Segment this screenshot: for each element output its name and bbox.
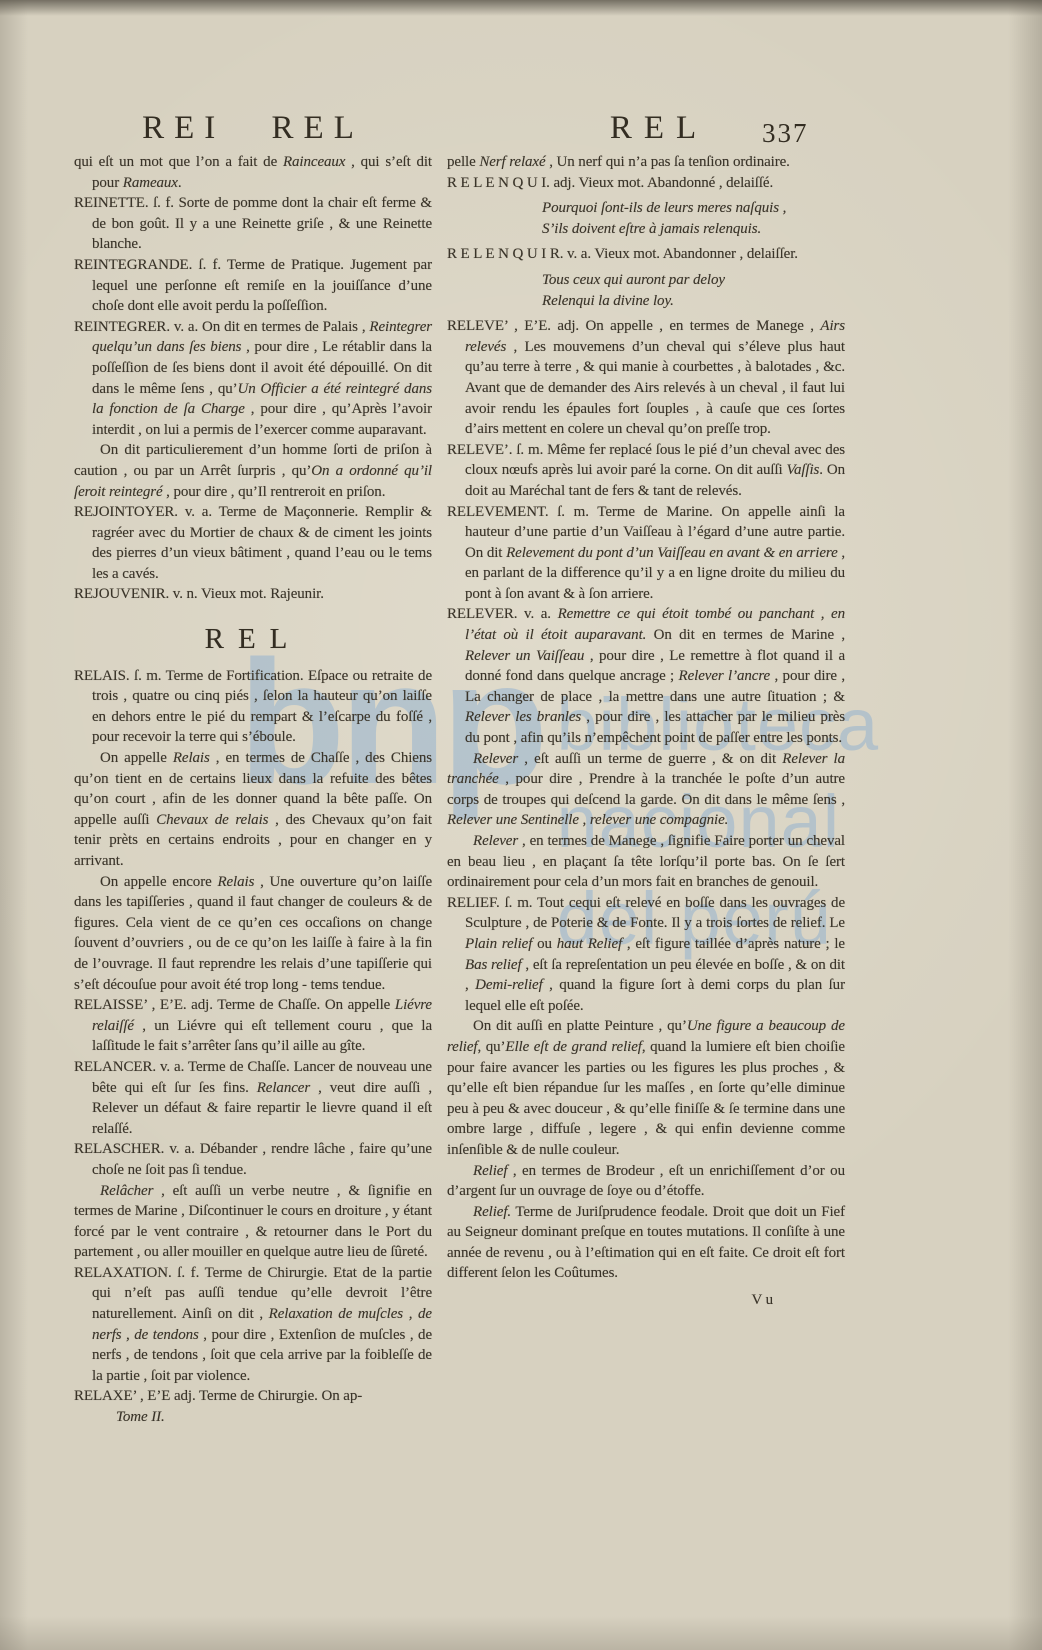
dictionary-entry: RELEVER. v. a. Remettre ce qui étoit tom… xyxy=(447,604,845,748)
right-column: pelle Nerf relaxé , Un nerf qui n’a pas … xyxy=(447,152,845,1311)
dictionary-entry: RELAXE’ , E’E adj. Terme de Chirurgie. O… xyxy=(74,1386,432,1407)
paragraph: Relief , en termes de Brodeur , eſt un e… xyxy=(447,1161,845,1202)
dictionary-entry: REINTEGRANDE. ſ. f. Terme de Pratique. J… xyxy=(74,255,432,317)
dictionary-entry: REINTEGRER. v. a. On dit en termes de Pa… xyxy=(74,317,432,441)
page-number: 337 xyxy=(762,118,809,149)
tome-label: Tome II. xyxy=(116,1407,432,1428)
paragraph: Relever , eſt auſſi un terme de guerre ,… xyxy=(447,749,845,831)
section-heading: REL xyxy=(74,629,432,650)
paragraph: On dit auſſi en platte Peinture , qu’Une… xyxy=(447,1016,845,1160)
paragraph: Relief. Terme de Juriſprudence feodale. … xyxy=(447,1202,845,1284)
running-head: REI REL REL 337 xyxy=(0,110,1042,156)
scanned-dictionary-page: bnp biblioteca nacional del perú REI REL… xyxy=(0,0,1042,1650)
dictionary-entry: RELEVE’ , E’E. adj. On appelle , en term… xyxy=(447,316,845,440)
paragraph: Relâcher , eſt auſſi un verbe neutre , &… xyxy=(74,1181,432,1263)
dictionary-entry: R E L E N Q U I R. v. a. Vieux mot. Aban… xyxy=(447,244,845,265)
paragraph: On appelle encore Relais , Une ouverture… xyxy=(74,872,432,996)
paragraph: Relever , en termes de Manege , ſignifie… xyxy=(447,831,845,893)
dictionary-entry: RELEVE’. ſ. m. Même fer replacé ſous le … xyxy=(447,440,845,502)
continuation-paragraph: qui eſt un mot que l’on a fait de Raince… xyxy=(74,152,432,193)
verse-quotation: Tous ceux qui auront par deloyRelenqui l… xyxy=(542,270,845,311)
dictionary-entry: RELAIS. ſ. m. Terme de Fortification. Eſ… xyxy=(74,666,432,748)
dictionary-entry: R E L E N Q U I. adj. Vieux mot. Abandon… xyxy=(447,173,845,194)
catchword: V u xyxy=(447,1290,845,1311)
paragraph: On dit particulierement d’un homme ſorti… xyxy=(74,440,432,502)
verse-quotation: Pourquoi ſont-ils de leurs meres naſquis… xyxy=(542,198,845,239)
dictionary-entry: RELANCER. v. a. Terme de Chaſſe. Lancer … xyxy=(74,1057,432,1139)
paragraph: On appelle Relais , en termes de Chaſſe … xyxy=(74,748,432,872)
dictionary-entry: RELIEF. ſ. m. Tout cequi eſt relevé en b… xyxy=(447,893,845,1017)
left-column: qui eſt un mot que l’on a fait de Raince… xyxy=(74,152,432,1428)
dictionary-entry: RELEVEMENT. ſ. m. Terme de Marine. On ap… xyxy=(447,502,845,605)
dictionary-entry: REINETTE. ſ. f. Sorte de pomme dont la c… xyxy=(74,193,432,255)
running-head-left: REI REL xyxy=(74,110,432,147)
dictionary-entry: REJOINTOYER. v. a. Terme de Maçonnerie. … xyxy=(74,502,432,584)
dictionary-entry: REJOUVENIR. v. n. Vieux mot. Rajeunir. xyxy=(74,584,432,605)
continuation-paragraph: pelle Nerf relaxé , Un nerf qui n’a pas … xyxy=(447,152,845,173)
dictionary-entry: RELASCHER. v. a. Débander , rendre lâche… xyxy=(74,1139,432,1180)
dictionary-entry: RELAXATION. ſ. f. Terme de Chirurgie. Et… xyxy=(74,1263,432,1387)
dictionary-entry: RELAISSE’ , E’E. adj. Terme de Chaſſe. O… xyxy=(74,995,432,1057)
